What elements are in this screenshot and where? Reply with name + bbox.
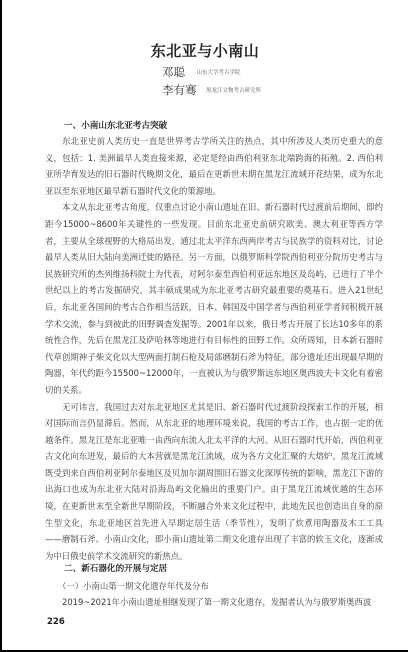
section-2-body: 2019~2021年小南山遗址相继发现了第一期文化遗存，发掘者认为与俄罗斯奥西波 [45, 594, 383, 611]
section-heading-1: 一、小南山东北亚考古突破 [64, 119, 167, 131]
author-2: 李有骞 黑龙江文物考古研究所 [162, 82, 261, 98]
article-title: 东北亚与小南山 [2, 40, 408, 61]
subsection-heading: （一）小南山第一期文化遗存年代及分布 [58, 580, 209, 592]
author-affiliation: 山东大学考古学院 [197, 70, 241, 76]
author-1: 邓聪 山东大学考古学院 [162, 64, 241, 80]
section-heading-2: 二、新石器化的开展与定居 [64, 562, 167, 574]
page-number: 226 [47, 617, 65, 627]
paragraph: 无可讳言，我国过去对东北亚地区尤其是旧、新石器时代过渡阶段探索工作的开展，相对国… [45, 399, 383, 565]
author-name: 李有骞 [162, 83, 197, 97]
paragraph: 2019~2021年小南山遗址相继发现了第一期文化遗存，发掘者认为与俄罗斯奥西波 [45, 594, 383, 611]
document-page: 东北亚与小南山 邓聪 山东大学考古学院 李有骞 黑龙江文物考古研究所 一、小南山… [2, 0, 408, 650]
paragraph: 本文从东北亚考古角度，仅重点讨论小南山遗址在旧、新石器时代过渡前后期间，即约距今… [45, 199, 383, 398]
author-affiliation: 黑龙江文物考古研究所 [206, 88, 261, 94]
paragraph: 东北亚史前人类历史一直是世界考古学所关注的热点，其中所涉及人类历史重大的意义，包… [45, 133, 383, 199]
section-1-body: 东北亚史前人类历史一直是世界考古学所关注的热点，其中所涉及人类历史重大的意义，包… [45, 133, 383, 564]
author-name: 邓聪 [162, 65, 185, 79]
